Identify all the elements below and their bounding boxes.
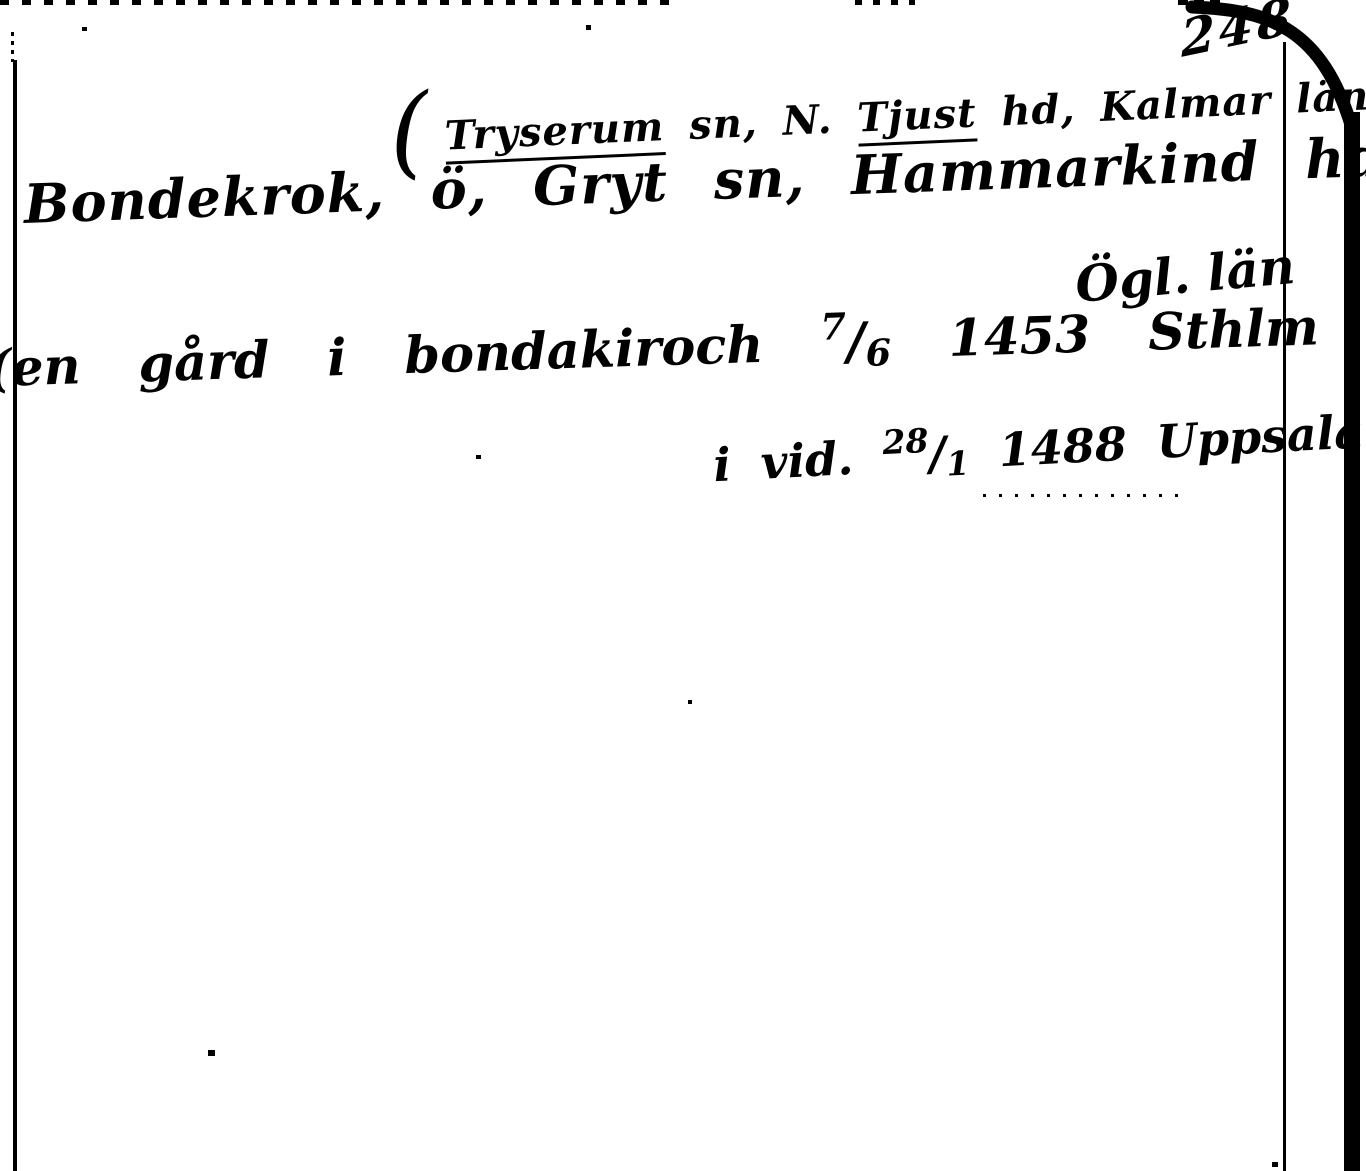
- left-margin-line: [13, 60, 17, 1171]
- attestation-date-slash: /: [846, 312, 867, 373]
- vidimus-date-denominator: 1: [945, 443, 970, 483]
- attestation-date-numerator: 7: [820, 305, 847, 349]
- vidimus-date-numerator: 28: [881, 421, 929, 462]
- parish-mid-text: sn, N.: [663, 94, 858, 149]
- vidimus-place: Uppsala: [1155, 404, 1365, 469]
- scanned-archive-card: { "scan": { "paper_color": "#ffffff", "i…: [0, 0, 1366, 1171]
- ink-speckle: [586, 25, 591, 30]
- ink-speckle: [1272, 1162, 1278, 1167]
- ink-speckle: [476, 455, 481, 459]
- right-ruled-line: [1283, 42, 1286, 1171]
- ink-speckle: [688, 700, 692, 704]
- top-scan-artifact-left: [0, 0, 680, 5]
- card-right-edge: [1344, 112, 1360, 1171]
- district-name: Tjust: [856, 89, 977, 146]
- attestation-place: Sthlm: [1147, 297, 1320, 362]
- attestation-date-denominator: 6: [865, 331, 892, 375]
- vidimus-date-slash: /: [928, 426, 948, 481]
- ink-speckle: [82, 27, 87, 31]
- ink-speckle: [208, 1050, 215, 1056]
- attestation-year: 1453: [890, 303, 1149, 371]
- top-scan-artifact-middle: [855, 0, 915, 5]
- left-margin-tick: [11, 32, 14, 62]
- vidimus-lead: i vid.: [712, 429, 884, 492]
- dotted-scan-artifact: [983, 494, 1188, 497]
- attestation-line: (en gård i bondakiroch 7/6 1453 Sthlm: [0, 290, 1320, 402]
- attestation-text: (en gård i bondakiroch: [0, 313, 822, 399]
- vidimus-line: i vid. 28/1 1488 Uppsala: [712, 398, 1366, 496]
- vidimus-year: 1488: [967, 415, 1158, 479]
